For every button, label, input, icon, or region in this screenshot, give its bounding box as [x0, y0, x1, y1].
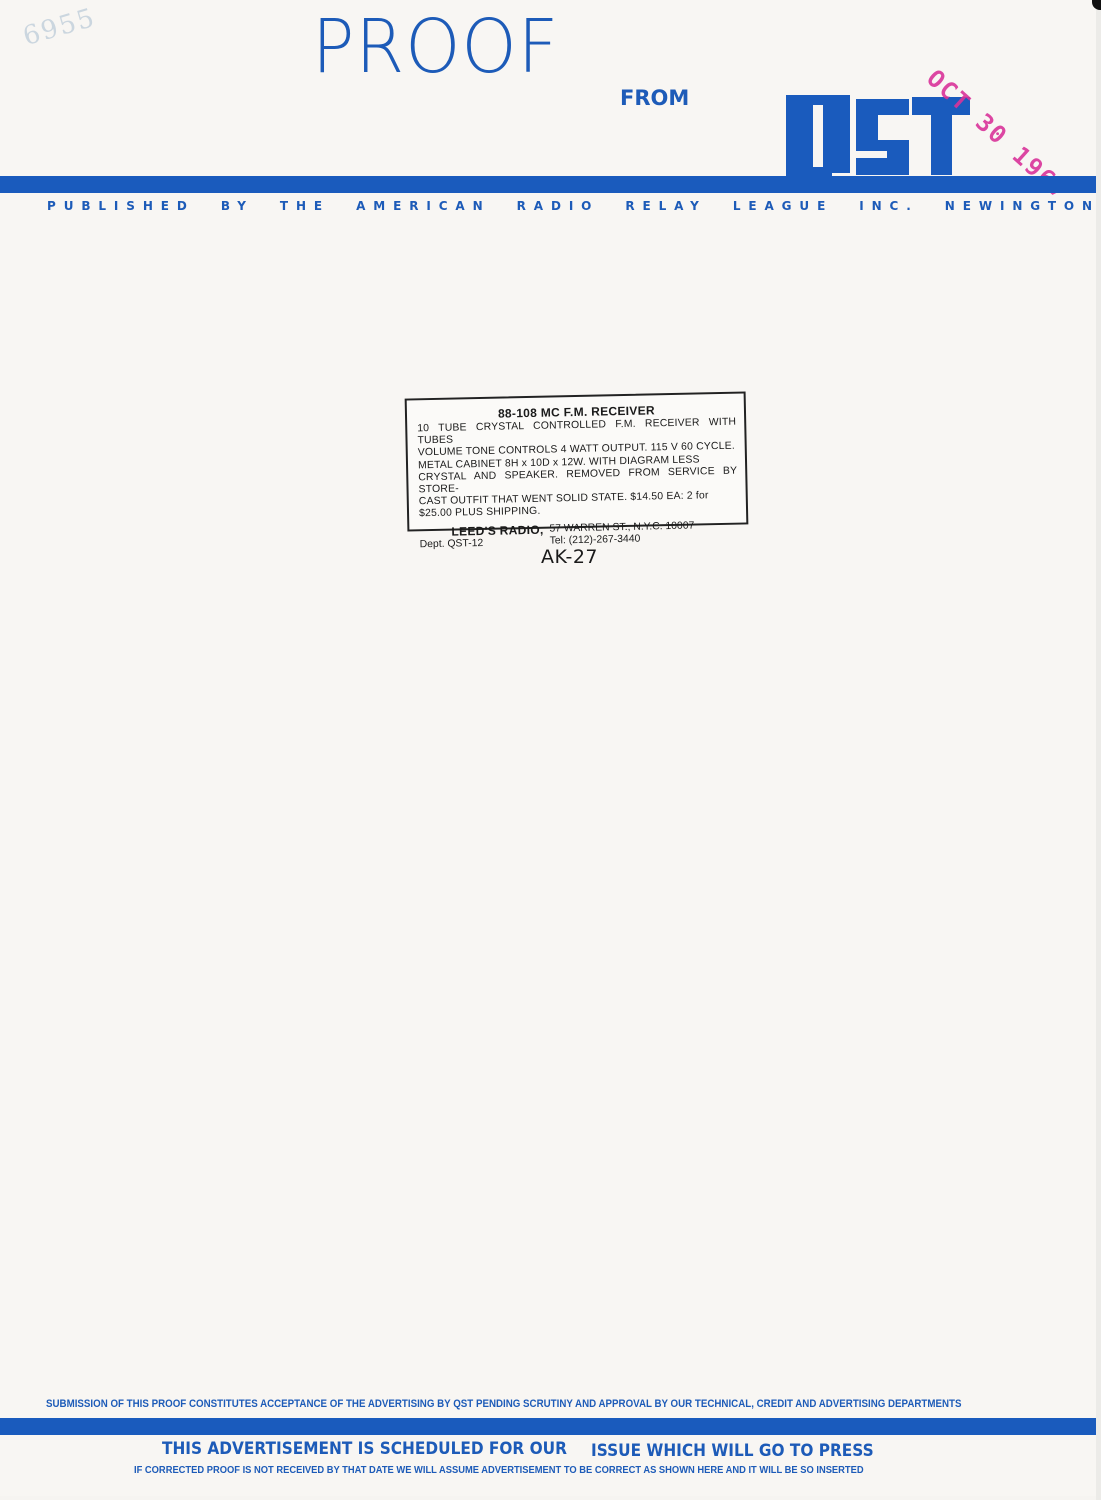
- schedule-notice-end: ISSUE WHICH WILL GO TO PRESS: [591, 1441, 874, 1460]
- footer-rule: [0, 1418, 1096, 1435]
- paper-edge: [1096, 0, 1101, 1500]
- issue-blank-field: [530, 1452, 585, 1453]
- ad-telephone: Tel: (212)-267-3440: [550, 533, 641, 546]
- submission-notice: SUBMISSION OF THIS PROOF CONSTITUTES ACC…: [46, 1398, 966, 1410]
- ad-body: 10 TUBE CRYSTAL CONTROLLED F.M. RECEIVER…: [417, 417, 738, 521]
- proof-title: PROOF: [312, 4, 559, 90]
- ad-code: AK-27: [541, 546, 598, 568]
- header-rule: [0, 176, 1096, 193]
- proof-sheet: [0, 0, 1096, 1496]
- from-label: FROM: [620, 86, 689, 110]
- advertisement-proof: 88-108 MC F.M. RECEIVER 10 TUBE CRYSTAL …: [405, 391, 749, 531]
- ad-vendor: LEED'S RADIO,: [451, 522, 543, 538]
- ad-address: 57 WARREN ST., N.Y.C. 10007: [549, 520, 694, 534]
- qst-logo: [786, 95, 970, 177]
- ad-department: Dept. QST-12: [420, 538, 484, 550]
- corrected-proof-notice: IF CORRECTED PROOF IS NOT RECEIVED BY TH…: [134, 1465, 944, 1476]
- publisher-line: PUBLISHED BY THE AMERICAN RADIO RELAY LE…: [47, 199, 1087, 213]
- schedule-notice-start: THIS ADVERTISEMENT IS SCHEDULED FOR OUR: [162, 1439, 567, 1458]
